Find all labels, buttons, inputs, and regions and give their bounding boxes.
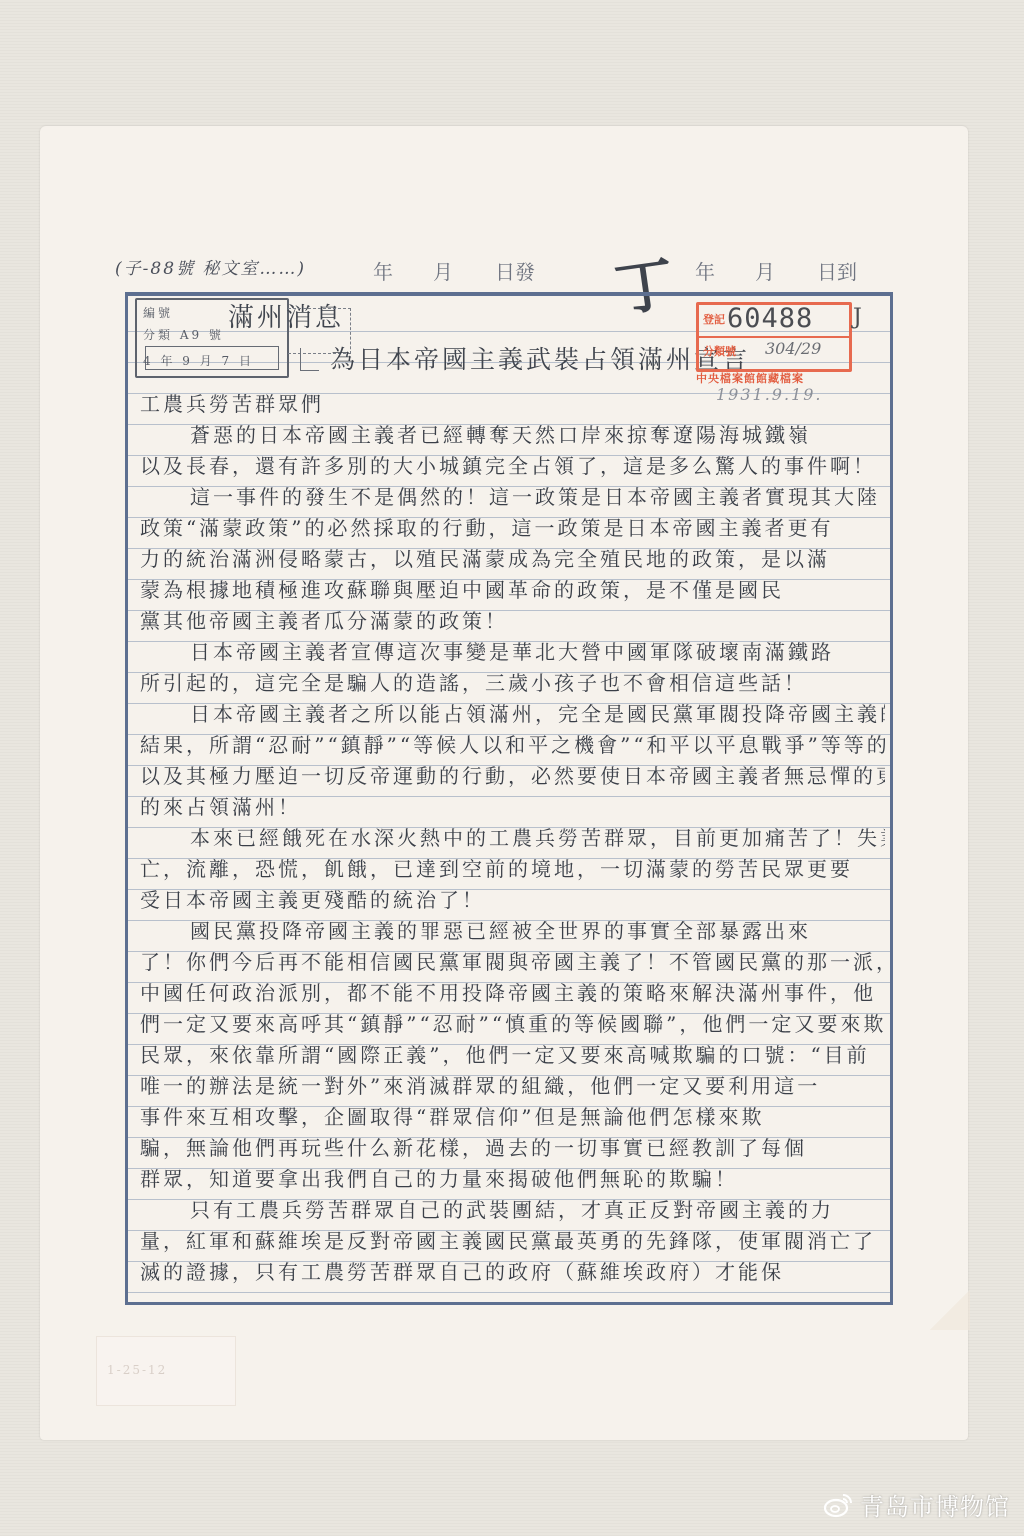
body-line: 唯一的辦法是統一對外”來消滅群眾的組織，他們一定又要利用這一	[140, 1071, 885, 1102]
stamp-label-class: 分類號	[703, 343, 736, 359]
weibo-icon	[824, 1492, 854, 1518]
body-line: 力的統治滿洲侵略蒙古，以殖民滿蒙成為完全殖民地的政策，是以滿	[140, 544, 885, 575]
printed-day-recv: 日到	[817, 256, 857, 285]
archive-label-text: 1-25-12	[107, 1363, 167, 1377]
body-line: 騙，無論他們再玩些什么新花樣，過去的一切事實已經教訓了每個	[140, 1133, 885, 1164]
printed-month-recv: 月	[755, 256, 775, 285]
stamp-register-number: 60488	[727, 303, 813, 334]
printed-year-sent: 年	[373, 256, 393, 285]
printed-day-sent: 日發	[495, 256, 535, 285]
body-line: 國民黨投降帝國主義的罪惡已經被全世界的事實全部暴露出來	[140, 916, 885, 947]
stamp-suffix-letter: J	[853, 305, 862, 330]
stamp-footer-text: 中央檔案館館藏檔案	[696, 370, 804, 386]
stamp-label-register: 登記	[703, 311, 725, 327]
archive-registration-stamp: 登記 60488 分類號 304/29	[696, 302, 852, 372]
bracket-mark-lower	[300, 348, 319, 371]
meta-row-category: 分類 A9 號	[143, 326, 224, 343]
salutation: 工農兵勞苦群眾們	[140, 389, 885, 420]
document-title: 為日本帝國主義武裝占領滿州宣言	[330, 340, 750, 376]
document-body: 工農兵勞苦群眾們 蒼惡的日本帝國主義者已經轉奪天然口岸來掠奪遼陽海城鐵嶺 以及長…	[140, 389, 885, 1288]
body-line: 日本帝國主義者之所以能占領滿州，完全是國民黨軍閥投降帝國主義的	[140, 699, 885, 730]
body-line: 只有工農兵勞苦群眾自己的武裝團結，才真正反對帝國主義的力	[140, 1195, 885, 1226]
body-line: 以及其極力壓迫一切反帝運動的行動，必然要使日本帝國主義者無忌憚的更勇敢	[140, 761, 885, 792]
body-line: 以及長春，還有許多別的大小城鎮完全占領了，這是多么驚人的事件啊！	[140, 451, 885, 482]
body-line: 這一事件的發生不是偶然的！這一政策是日本帝國主義者實現其大陸	[140, 482, 885, 513]
body-line: 量，紅軍和蘇維埃是反對帝國主義國民黨最英勇的先鋒隊，使軍閥消亡了	[140, 1226, 885, 1257]
body-line: 滅的證據，只有工農勞苦群眾自己的政府（蘇維埃政府）才能保	[140, 1257, 885, 1288]
body-line: 黨其他帝國主義者瓜分滿蒙的政策！	[140, 606, 885, 637]
meta-row-number: 編號	[143, 304, 173, 321]
body-line: 中國任何政治派別，都不能不用投降帝國主義的策略來解決滿州事件，他	[140, 978, 885, 1009]
top-left-handwritten-note: (子-88號 秘文室……)	[115, 254, 306, 279]
body-line: 民眾，來依靠所謂“國際正義”，他們一定又要來高喊欺騙的口號：“目前	[140, 1040, 885, 1071]
stamp-class-number: 304/29	[765, 339, 821, 358]
watermark-text: 青岛市博物馆	[860, 1487, 1010, 1522]
body-line: 政策“滿蒙政策”的必然採取的行動，這一政策是日本帝國主義者更有	[140, 513, 885, 544]
printed-year-recv: 年	[695, 256, 715, 285]
body-line: 了！你們今后再不能相信國民黨軍閥與帝國主義了！不管國民黨的那一派，不管	[140, 947, 885, 978]
header-print-line: (子-88號 秘文室……) 年 月 日發 丁 年 月 日到	[115, 248, 875, 288]
body-line: 結果，所謂“忍耐”“鎮靜”“等候人以和平之機會”“和平以平息戰爭”等等的欺騙	[140, 730, 885, 761]
printed-month-sent: 月	[433, 256, 453, 285]
archive-label-slip: 1-25-12	[96, 1336, 236, 1406]
body-line: 日本帝國主義者宣傳這次事變是華北大營中國軍隊破壞南滿鐵路	[140, 637, 885, 668]
body-line: 本來已經餓死在水深火熱中的工農兵勞苦群眾，目前更加痛苦了！失業死	[140, 823, 885, 854]
stamp-divider	[699, 336, 849, 338]
body-line: 蒙為根據地積極進攻蘇聯與壓迫中國革命的政策，是不僅是國民	[140, 575, 885, 606]
body-line: 亡，流離，恐慌，飢餓，已達到空前的境地，一切滿蒙的勞苦民眾更要	[140, 854, 885, 885]
body-line: 的來占領滿州！	[140, 792, 885, 823]
body-line: 事件來互相攻擊，企圖取得“群眾信仰”但是無論他們怎樣來欺	[140, 1102, 885, 1133]
body-line: 所引起的，這完全是騙人的造謠，三歲小孩子也不會相信這些話！	[140, 668, 885, 699]
body-line: 群眾，知道要拿出我們自己的力量來揭破他們無恥的欺騙！	[140, 1164, 885, 1195]
body-line: 們一定又要來高呼其“鎮靜”“忍耐”“慎重的等候國聯”，他們一定又要來欺騙	[140, 1009, 885, 1040]
museum-watermark: 青岛市博物馆	[824, 1487, 1010, 1522]
meta-row-date: 4 年 9 月 7 日	[143, 352, 254, 369]
body-line: 受日本帝國主義更殘酷的統治了！	[140, 885, 885, 916]
body-line: 蒼惡的日本帝國主義者已經轉奪天然口岸來掠奪遼陽海城鐵嶺	[140, 420, 885, 451]
